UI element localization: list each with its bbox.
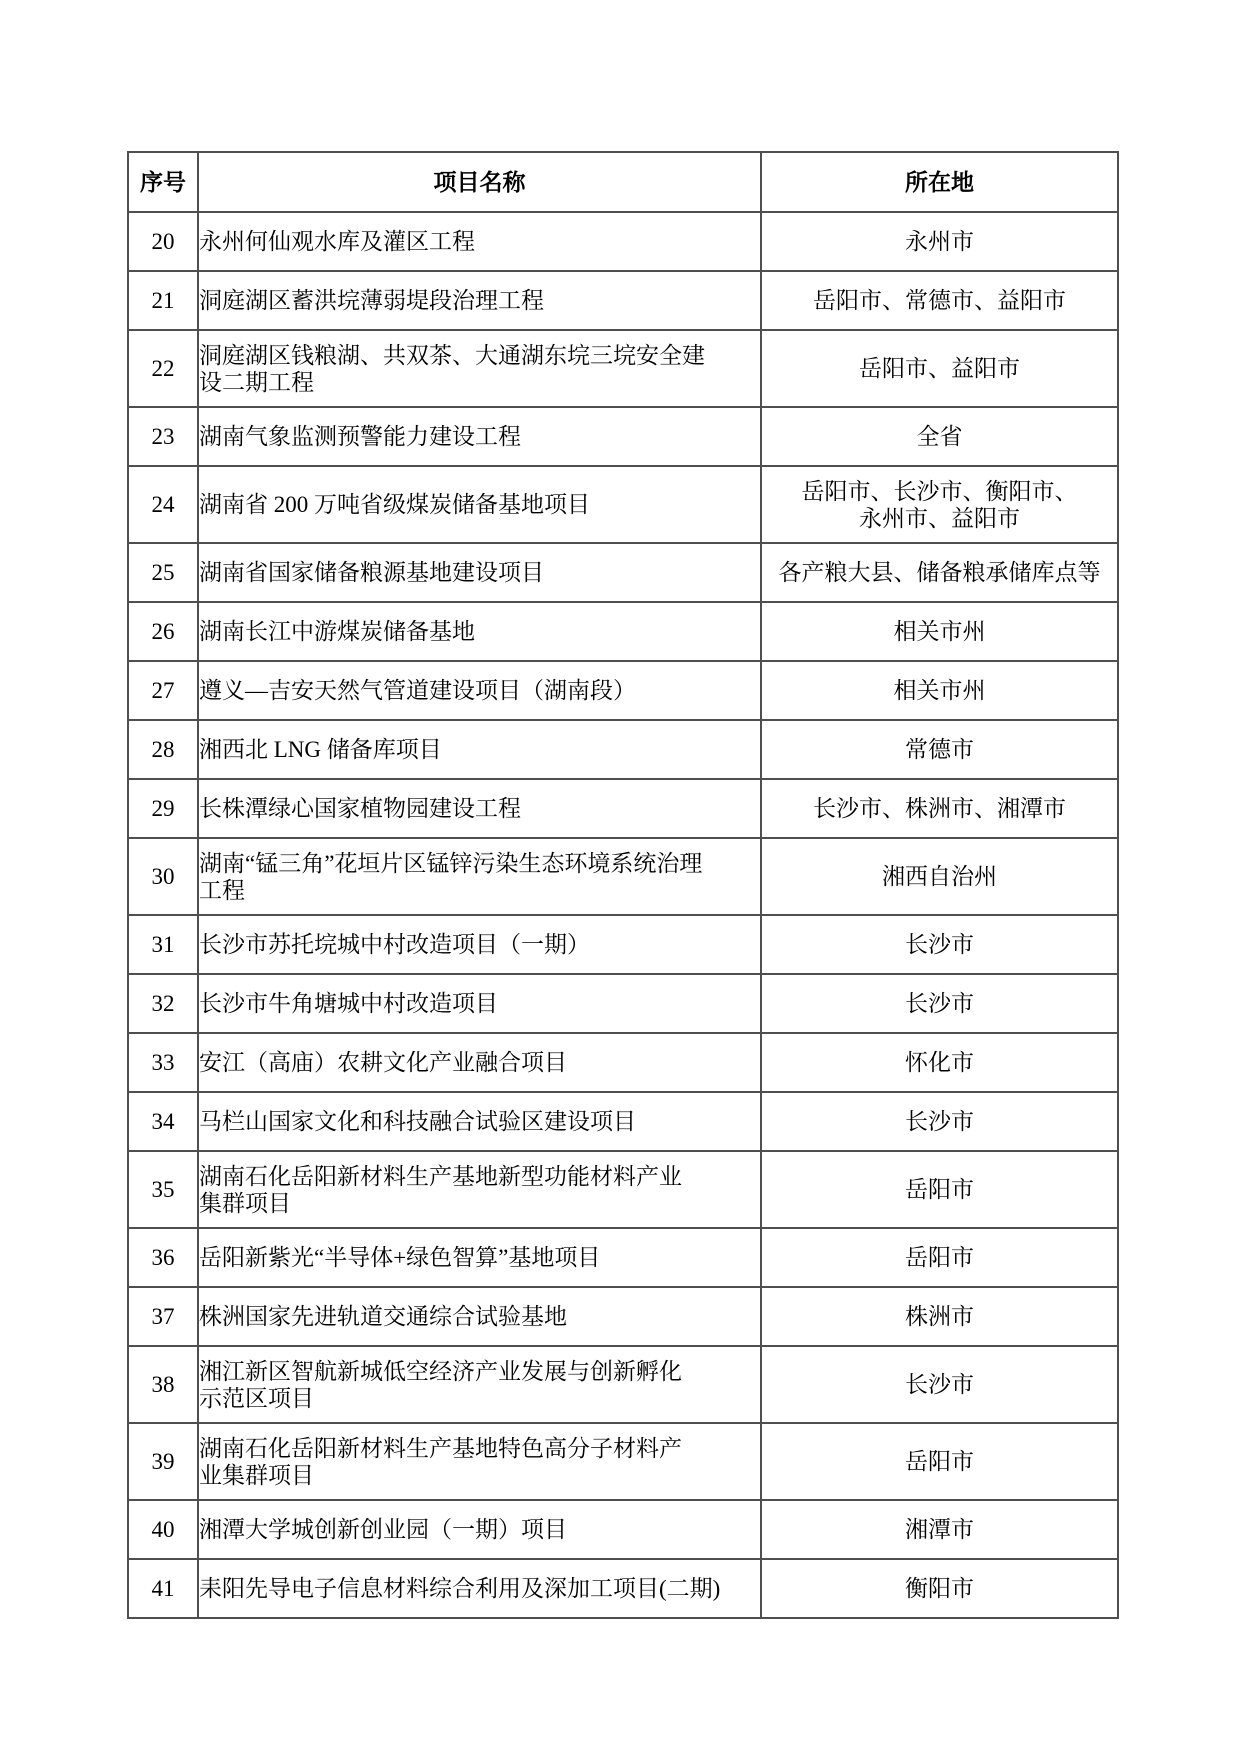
location-cell: 各产粮大县、储备粮承储库点等 [761, 543, 1118, 602]
row-index-cell: 30 [128, 838, 198, 915]
header-location: 所在地 [761, 152, 1118, 212]
table-row: 28湘西北 LNG 储备库项目常德市 [128, 720, 1118, 779]
header-row: 序号 项目名称 所在地 [128, 152, 1118, 212]
location-cell: 岳阳市、益阳市 [761, 330, 1118, 407]
row-index-cell: 29 [128, 779, 198, 838]
row-index-cell: 39 [128, 1423, 198, 1500]
project-name-cell: 湖南长江中游煤炭储备基地 [198, 602, 761, 661]
document-page: 序号 项目名称 所在地 20永州何仙观水库及灌区工程永州市21洞庭湖区蓄洪垸薄弱… [0, 0, 1240, 1753]
location-cell: 岳阳市、长沙市、衡阳市、 永州市、益阳市 [761, 466, 1118, 543]
location-cell: 岳阳市 [761, 1423, 1118, 1500]
location-cell: 长沙市 [761, 915, 1118, 974]
row-index-cell: 24 [128, 466, 198, 543]
row-index-cell: 27 [128, 661, 198, 720]
location-cell: 长沙市、株洲市、湘潭市 [761, 779, 1118, 838]
table-row: 37株洲国家先进轨道交通综合试验基地株洲市 [128, 1287, 1118, 1346]
table-row: 36岳阳新紫光“半导体+绿色智算”基地项目岳阳市 [128, 1228, 1118, 1287]
location-cell: 长沙市 [761, 1346, 1118, 1423]
location-cell: 常德市 [761, 720, 1118, 779]
location-cell: 相关市州 [761, 602, 1118, 661]
table-row: 24湖南省 200 万吨省级煤炭储备基地项目岳阳市、长沙市、衡阳市、 永州市、益… [128, 466, 1118, 543]
table-row: 33安江（高庙）农耕文化产业融合项目怀化市 [128, 1033, 1118, 1092]
table-row: 35湖南石化岳阳新材料生产基地新型功能材料产业 集群项目岳阳市 [128, 1151, 1118, 1228]
table-row: 41耒阳先导电子信息材料综合利用及深加工项目(二期)衡阳市 [128, 1559, 1118, 1618]
row-index-cell: 35 [128, 1151, 198, 1228]
location-cell: 永州市 [761, 212, 1118, 271]
table-row: 22洞庭湖区钱粮湖、共双茶、大通湖东垸三垸安全建 设二期工程岳阳市、益阳市 [128, 330, 1118, 407]
row-index-cell: 32 [128, 974, 198, 1033]
table-row: 40湘潭大学城创新创业园（一期）项目湘潭市 [128, 1500, 1118, 1559]
row-index-cell: 33 [128, 1033, 198, 1092]
table-body: 20永州何仙观水库及灌区工程永州市21洞庭湖区蓄洪垸薄弱堤段治理工程岳阳市、常德… [128, 212, 1118, 1618]
project-name-cell: 湖南石化岳阳新材料生产基地特色高分子材料产 业集群项目 [198, 1423, 761, 1500]
table-row: 27遵义—吉安天然气管道建设项目（湖南段）相关市州 [128, 661, 1118, 720]
row-index-cell: 38 [128, 1346, 198, 1423]
row-index-cell: 37 [128, 1287, 198, 1346]
table-header: 序号 项目名称 所在地 [128, 152, 1118, 212]
project-name-cell: 岳阳新紫光“半导体+绿色智算”基地项目 [198, 1228, 761, 1287]
location-cell: 湘潭市 [761, 1500, 1118, 1559]
table-row: 26湖南长江中游煤炭储备基地相关市州 [128, 602, 1118, 661]
project-name-cell: 湖南石化岳阳新材料生产基地新型功能材料产业 集群项目 [198, 1151, 761, 1228]
location-cell: 长沙市 [761, 974, 1118, 1033]
project-name-cell: 株洲国家先进轨道交通综合试验基地 [198, 1287, 761, 1346]
location-cell: 衡阳市 [761, 1559, 1118, 1618]
table-row: 30湖南“锰三角”花垣片区锰锌污染生态环境系统治理 工程湘西自治州 [128, 838, 1118, 915]
row-index-cell: 26 [128, 602, 198, 661]
project-name-cell: 湖南省国家储备粮源基地建设项目 [198, 543, 761, 602]
location-cell: 湘西自治州 [761, 838, 1118, 915]
location-cell: 长沙市 [761, 1092, 1118, 1151]
location-cell: 岳阳市 [761, 1151, 1118, 1228]
project-name-cell: 洞庭湖区钱粮湖、共双茶、大通湖东垸三垸安全建 设二期工程 [198, 330, 761, 407]
project-name-cell: 湖南气象监测预警能力建设工程 [198, 407, 761, 466]
project-name-cell: 湖南省 200 万吨省级煤炭储备基地项目 [198, 466, 761, 543]
row-index-cell: 36 [128, 1228, 198, 1287]
location-cell: 岳阳市 [761, 1228, 1118, 1287]
row-index-cell: 31 [128, 915, 198, 974]
project-name-cell: 湘西北 LNG 储备库项目 [198, 720, 761, 779]
header-project-name: 项目名称 [198, 152, 761, 212]
table-row: 25湖南省国家储备粮源基地建设项目各产粮大县、储备粮承储库点等 [128, 543, 1118, 602]
project-name-cell: 遵义—吉安天然气管道建设项目（湖南段） [198, 661, 761, 720]
table-row: 23湖南气象监测预警能力建设工程全省 [128, 407, 1118, 466]
row-index-cell: 40 [128, 1500, 198, 1559]
project-name-cell: 永州何仙观水库及灌区工程 [198, 212, 761, 271]
row-index-cell: 25 [128, 543, 198, 602]
row-index-cell: 23 [128, 407, 198, 466]
project-name-cell: 湘潭大学城创新创业园（一期）项目 [198, 1500, 761, 1559]
project-name-cell: 马栏山国家文化和科技融合试验区建设项目 [198, 1092, 761, 1151]
table-row: 20永州何仙观水库及灌区工程永州市 [128, 212, 1118, 271]
table-row: 31长沙市苏托垸城中村改造项目（一期）长沙市 [128, 915, 1118, 974]
location-cell: 全省 [761, 407, 1118, 466]
projects-table: 序号 项目名称 所在地 20永州何仙观水库及灌区工程永州市21洞庭湖区蓄洪垸薄弱… [127, 151, 1119, 1619]
location-cell: 相关市州 [761, 661, 1118, 720]
project-name-cell: 长沙市苏托垸城中村改造项目（一期） [198, 915, 761, 974]
table-row: 38湘江新区智航新城低空经济产业发展与创新孵化 示范区项目长沙市 [128, 1346, 1118, 1423]
row-index-cell: 20 [128, 212, 198, 271]
project-name-cell: 湘江新区智航新城低空经济产业发展与创新孵化 示范区项目 [198, 1346, 761, 1423]
location-cell: 怀化市 [761, 1033, 1118, 1092]
project-name-cell: 安江（高庙）农耕文化产业融合项目 [198, 1033, 761, 1092]
project-name-cell: 长株潭绿心国家植物园建设工程 [198, 779, 761, 838]
table-row: 29长株潭绿心国家植物园建设工程长沙市、株洲市、湘潭市 [128, 779, 1118, 838]
project-name-cell: 长沙市牛角塘城中村改造项目 [198, 974, 761, 1033]
row-index-cell: 34 [128, 1092, 198, 1151]
row-index-cell: 21 [128, 271, 198, 330]
table-row: 21洞庭湖区蓄洪垸薄弱堤段治理工程岳阳市、常德市、益阳市 [128, 271, 1118, 330]
row-index-cell: 41 [128, 1559, 198, 1618]
project-name-cell: 洞庭湖区蓄洪垸薄弱堤段治理工程 [198, 271, 761, 330]
table-row: 34马栏山国家文化和科技融合试验区建设项目长沙市 [128, 1092, 1118, 1151]
row-index-cell: 22 [128, 330, 198, 407]
location-cell: 株洲市 [761, 1287, 1118, 1346]
project-name-cell: 湖南“锰三角”花垣片区锰锌污染生态环境系统治理 工程 [198, 838, 761, 915]
table-row: 32长沙市牛角塘城中村改造项目长沙市 [128, 974, 1118, 1033]
location-cell: 岳阳市、常德市、益阳市 [761, 271, 1118, 330]
header-index: 序号 [128, 152, 198, 212]
table-row: 39湖南石化岳阳新材料生产基地特色高分子材料产 业集群项目岳阳市 [128, 1423, 1118, 1500]
project-name-cell: 耒阳先导电子信息材料综合利用及深加工项目(二期) [198, 1559, 761, 1618]
row-index-cell: 28 [128, 720, 198, 779]
